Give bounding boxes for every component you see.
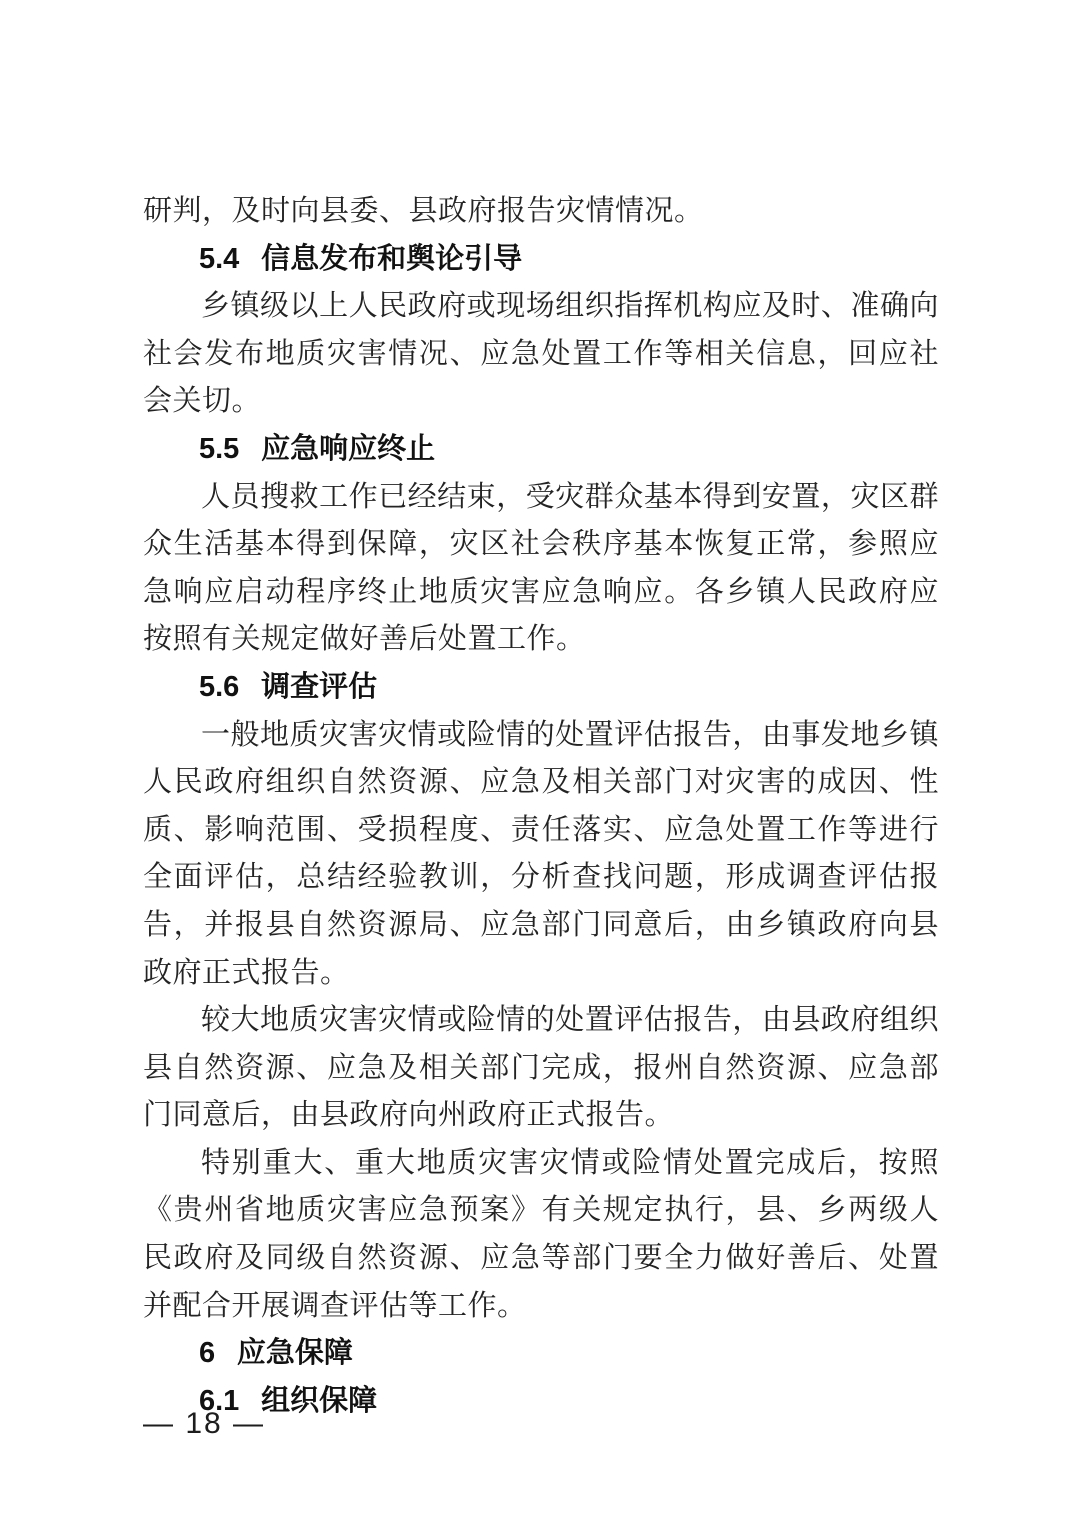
section-number: 5.5 [199, 426, 239, 474]
section-heading-5-6: 5.6调查评估 [143, 664, 939, 712]
section-heading-5-4: 5.4信息发布和舆论引导 [143, 236, 939, 284]
chapter-heading-6: 6应急保障 [143, 1330, 939, 1378]
section-number: 5.4 [199, 236, 239, 284]
body-paragraph: 较大地质灾害灾情或险情的处置评估报告，由县政府组织县自然资源、应急及相关部门完成… [143, 997, 939, 1140]
body-paragraph: 人员搜救工作已经结束，受灾群众基本得到安置，灾区群众生活基本得到保障，灾区社会秩… [143, 474, 939, 664]
section-title: 调查评估 [261, 671, 377, 703]
document-page: 研判，及时向县委、县政府报告灾情情况。 5.4信息发布和舆论引导 乡镇级以上人民… [0, 0, 1074, 1520]
section-title: 应急响应终止 [261, 433, 435, 465]
page-footer: — 18 — [143, 1404, 265, 1444]
body-paragraph: 特别重大、重大地质灾害灾情或险情处置完成后，按照《贵州省地质灾害应急预案》有关规… [143, 1140, 939, 1330]
chapter-number: 6 [199, 1330, 215, 1378]
section-number: 5.6 [199, 664, 239, 712]
body-paragraph: 乡镇级以上人民政府或现场组织指挥机构应及时、准确向社会发布地质灾害情况、应急处置… [143, 283, 939, 426]
paragraph-continuation: 研判，及时向县委、县政府报告灾情情况。 [143, 188, 939, 236]
section-heading-5-5: 5.5应急响应终止 [143, 426, 939, 474]
body-paragraph: 一般地质灾害灾情或险情的处置评估报告，由事发地乡镇人民政府组织自然资源、应急及相… [143, 712, 939, 998]
section-title: 组织保障 [261, 1385, 377, 1417]
section-title: 信息发布和舆论引导 [261, 243, 522, 275]
chapter-title: 应急保障 [237, 1337, 353, 1369]
page-content: 研判，及时向县委、县政府报告灾情情况。 5.4信息发布和舆论引导 乡镇级以上人民… [143, 188, 939, 1425]
page-number: — 18 — [143, 1407, 265, 1440]
